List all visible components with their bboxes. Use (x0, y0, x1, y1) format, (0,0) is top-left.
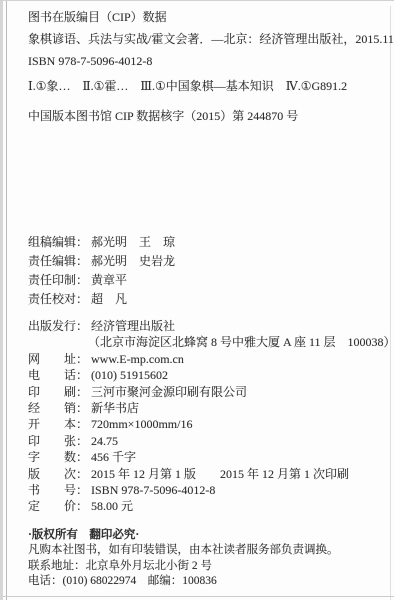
publishing-row-label: 印 刷： (28, 385, 88, 399)
publishing-row-value: www.E-mp.com.cn (88, 352, 184, 366)
staff-row-label: 责任编辑： (28, 254, 88, 268)
cip-heading: 图书在版编目（CIP）数据 (28, 6, 382, 28)
copyright-notice-block: ·版权所有 翻印必究· 凡购本社图书，如有印装错误，由本社读者服务部负责调换。 … (28, 528, 382, 590)
publishing-row-label: 定 价： (28, 499, 88, 513)
cip-classification-line: Ⅰ.①象… Ⅱ.①霍… Ⅲ.①中国象棋—基本知识 Ⅳ.①G891.2 (28, 75, 382, 97)
publishing-row: 印 刷：三河市聚河金源印刷有限公司 (28, 384, 382, 400)
page-content: 图书在版编目（CIP）数据 象棋谚语、兵法与实战/霍文会著．—北京：经济管理出版… (28, 6, 382, 590)
scan-edge-left-line (6, 0, 7, 600)
staff-row: 责任印制：黄章平 (28, 271, 382, 290)
publishing-row: 开 本：720mm×1000mm/16 (28, 416, 382, 432)
copyright-page: 图书在版编目（CIP）数据 象棋谚语、兵法与实战/霍文会著．—北京：经济管理出版… (0, 0, 394, 600)
publishing-row-label: 经 销： (28, 401, 88, 415)
staff-row: 责任校对：超 凡 (28, 290, 382, 309)
publishing-row-label: 字 数： (28, 450, 88, 464)
publishing-row-label: 书 号： (28, 483, 88, 497)
publisher-address: （北京市海淀区北蜂窝 8 号中雅大厦 A 座 11 层 100038） (88, 335, 394, 349)
publishing-row: 版 次：2015 年 12 月第 1 版 2015 年 12 月第 1 次印刷 (28, 466, 382, 482)
publishing-row-value: ISBN 978-7-5096-4012-8 (88, 483, 215, 497)
exchange-policy-line: 凡购本社图书，如有印装错误，由本社读者服务部负责调换。 (28, 543, 382, 559)
staff-row-value: 郝光明 王 琼 (88, 235, 175, 249)
staff-row-value: 黄章平 (88, 273, 127, 287)
publishing-row-value: 720mm×1000mm/16 (88, 417, 192, 431)
staff-row-label: 组稿编辑： (28, 235, 88, 249)
publishing-row-value: 新华书店 (88, 401, 139, 415)
scan-edge-strip (0, 0, 3, 600)
publishing-row-value: 经济管理出版社 (88, 319, 175, 333)
staff-row-label: 责任印制： (28, 273, 88, 287)
staff-row-value: 郝光明 史岩龙 (88, 254, 175, 268)
staff-credits-block: 组稿编辑：郝光明 王 琼 责任编辑：郝光明 史岩龙 责任印制：黄章平 责任校对：… (28, 233, 382, 309)
publishing-row-label: 版 次： (28, 467, 88, 481)
publishing-row: 网 址：www.E-mp.com.cn (28, 351, 382, 367)
scan-edge-right-line (390, 6, 391, 600)
cip-isbn-line: ISBN 978-7-5096-4012-8 (28, 50, 382, 72)
publishing-row-value: 2015 年 12 月第 1 版 2015 年 12 月第 1 次印刷 (88, 467, 349, 481)
publishing-row-value: 58.00 元 (88, 499, 133, 513)
staff-row: 责任编辑：郝光明 史岩龙 (28, 252, 382, 271)
staff-row: 组稿编辑：郝光明 王 琼 (28, 233, 382, 252)
scan-edge-top-line (0, 0, 394, 1)
publishing-row: 定 价：58.00 元 (28, 498, 382, 514)
publishing-row-value: (010) 51915602 (88, 368, 168, 382)
publishing-row: 印 张：24.75 (28, 433, 382, 449)
publishing-row-value: 456 千字 (88, 450, 136, 464)
contact-address-line: 联系地址：北京阜外月坛北小街 2 号 (28, 559, 382, 575)
scan-edge-bottom-line (3, 596, 394, 597)
publishing-row: 书 号：ISBN 978-7-5096-4012-8 (28, 482, 382, 498)
publishing-row-label: 出版发行： (28, 319, 88, 333)
publishing-row-label: 印 张： (28, 434, 88, 448)
staff-row-label: 责任校对： (28, 292, 88, 306)
publisher-address-row: （北京市海淀区北蜂窝 8 号中雅大厦 A 座 11 层 100038） (28, 334, 382, 350)
staff-row-value: 超 凡 (88, 292, 127, 306)
contact-phone-line: 电话：(010) 68022974 邮编：100836 (28, 574, 382, 590)
publishing-row: 出版发行：经济管理出版社 (28, 318, 382, 334)
publishing-row: 字 数：456 千字 (28, 449, 382, 465)
publishing-row-label: 开 本： (28, 417, 88, 431)
cip-record-line: 中国版本图书馆 CIP 数据核字（2015）第 244870 号 (28, 105, 382, 127)
publishing-row-label: 电 话： (28, 368, 88, 382)
cip-data-block: 图书在版编目（CIP）数据 象棋谚语、兵法与实战/霍文会著．—北京：经济管理出版… (28, 6, 382, 127)
publishing-row: 经 销：新华书店 (28, 400, 382, 416)
rights-reserved-line: ·版权所有 翻印必究· (28, 528, 382, 544)
publishing-row: 电 话：(010) 51915602 (28, 367, 382, 383)
publishing-row-value: 24.75 (88, 434, 118, 448)
publishing-row-label: 网 址： (28, 352, 88, 366)
publishing-info-block: 出版发行：经济管理出版社 （北京市海淀区北蜂窝 8 号中雅大厦 A 座 11 层… (28, 318, 382, 515)
cip-title-line: 象棋谚语、兵法与实战/霍文会著．—北京：经济管理出版社，2015.11 (28, 28, 382, 50)
publishing-row-value: 三河市聚河金源印刷有限公司 (88, 385, 247, 399)
